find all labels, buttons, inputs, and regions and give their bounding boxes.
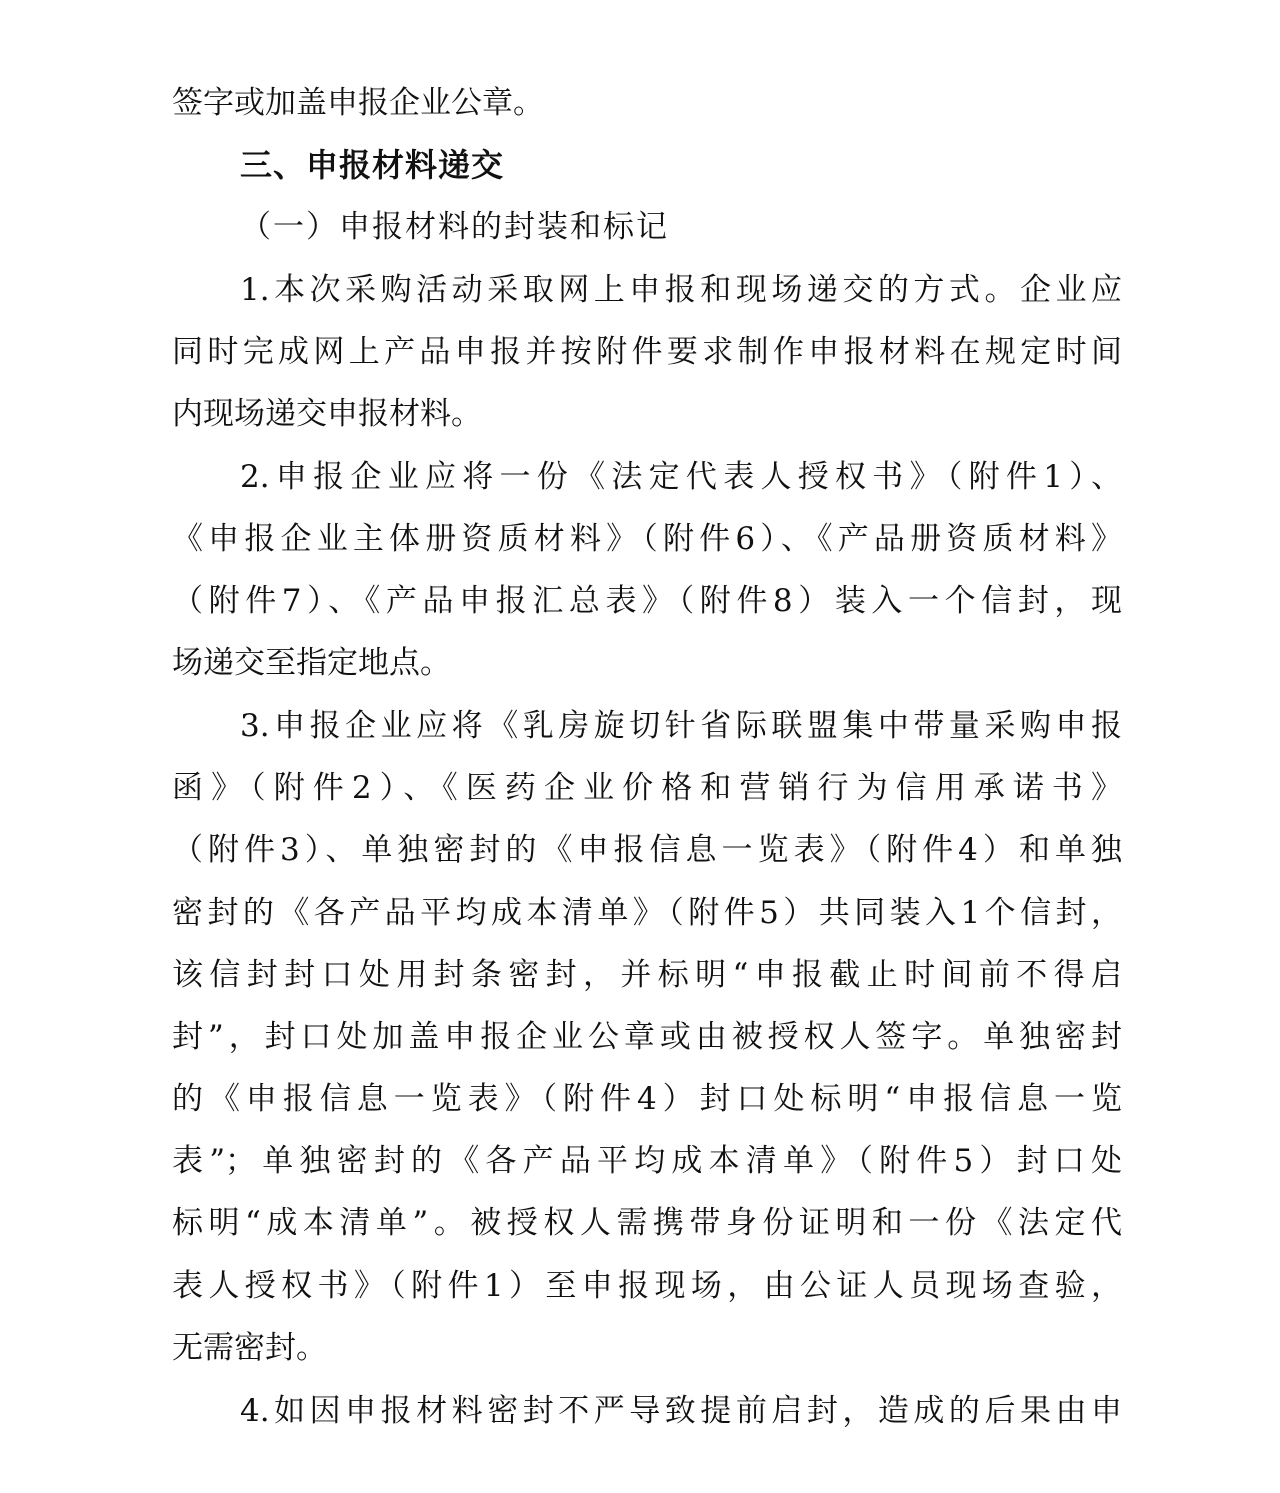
paragraph-line: 内现场递交申报材料。 [172,392,1122,436]
paragraph-line: 2.申报企业应将一份《法定代表人授权书》（附件1）、 [240,455,1122,499]
paragraph-line: 同时完成网上产品申报并按附件要求制作申报材料在规定时间 [172,330,1122,374]
paragraph-line: （附件3）、单独密封的《申报信息一览表》（附件4）和单独 [172,828,1122,872]
paragraph-line: 1.本次采购活动采取网上申报和现场递交的方式。企业应 [240,268,1122,312]
paragraph-line: 密封的《各产品平均成本清单》（附件5）共同装入1个信封， [172,891,1122,935]
paragraph-line: 标明“成本清单”。被授权人需携带身份证明和一份《法定代 [172,1201,1122,1245]
paragraph-line: 表”；单独密封的《各产品平均成本清单》（附件5）封口处 [172,1139,1122,1183]
paragraph-line: 签字或加盖申报企业公章。 [172,81,1122,125]
document-page: 签字或加盖申报企业公章。 三、申报材料递交 （一）申报材料的封装和标记 1.本次… [0,0,1280,1493]
paragraph-line: 表人授权书》（附件1）至申报现场，由公证人员现场查验， [172,1264,1122,1308]
section-heading: 三、申报材料递交 [240,143,504,187]
paragraph-line: 的《申报信息一览表》（附件4）封口处标明“申报信息一览 [172,1077,1122,1121]
paragraph-line: （附件7）、《产品申报汇总表》（附件8）装入一个信封，现 [172,579,1122,623]
paragraph-line: 《申报企业主体册资质材料》（附件6）、《产品册资质材料》 [172,517,1122,561]
paragraph-line: 无需密封。 [172,1326,1122,1370]
paragraph-line: 3.申报企业应将《乳房旋切针省际联盟集中带量采购申报 [240,704,1122,748]
subsection-heading: （一）申报材料的封装和标记 [240,205,669,249]
paragraph-line: 封”，封口处加盖申报企业公章或由被授权人签字。单独密封 [172,1015,1122,1059]
paragraph-line: 函》（附件2）、《医药企业价格和营销行为信用承诺书》 [172,766,1122,810]
paragraph-line: 场递交至指定地点。 [172,641,1122,685]
paragraph-line: 该信封封口处用封条密封，并标明“申报截止时间前不得启 [172,953,1122,997]
paragraph-line: 4.如因申报材料密封不严导致提前启封，造成的后果由申 [240,1389,1122,1433]
